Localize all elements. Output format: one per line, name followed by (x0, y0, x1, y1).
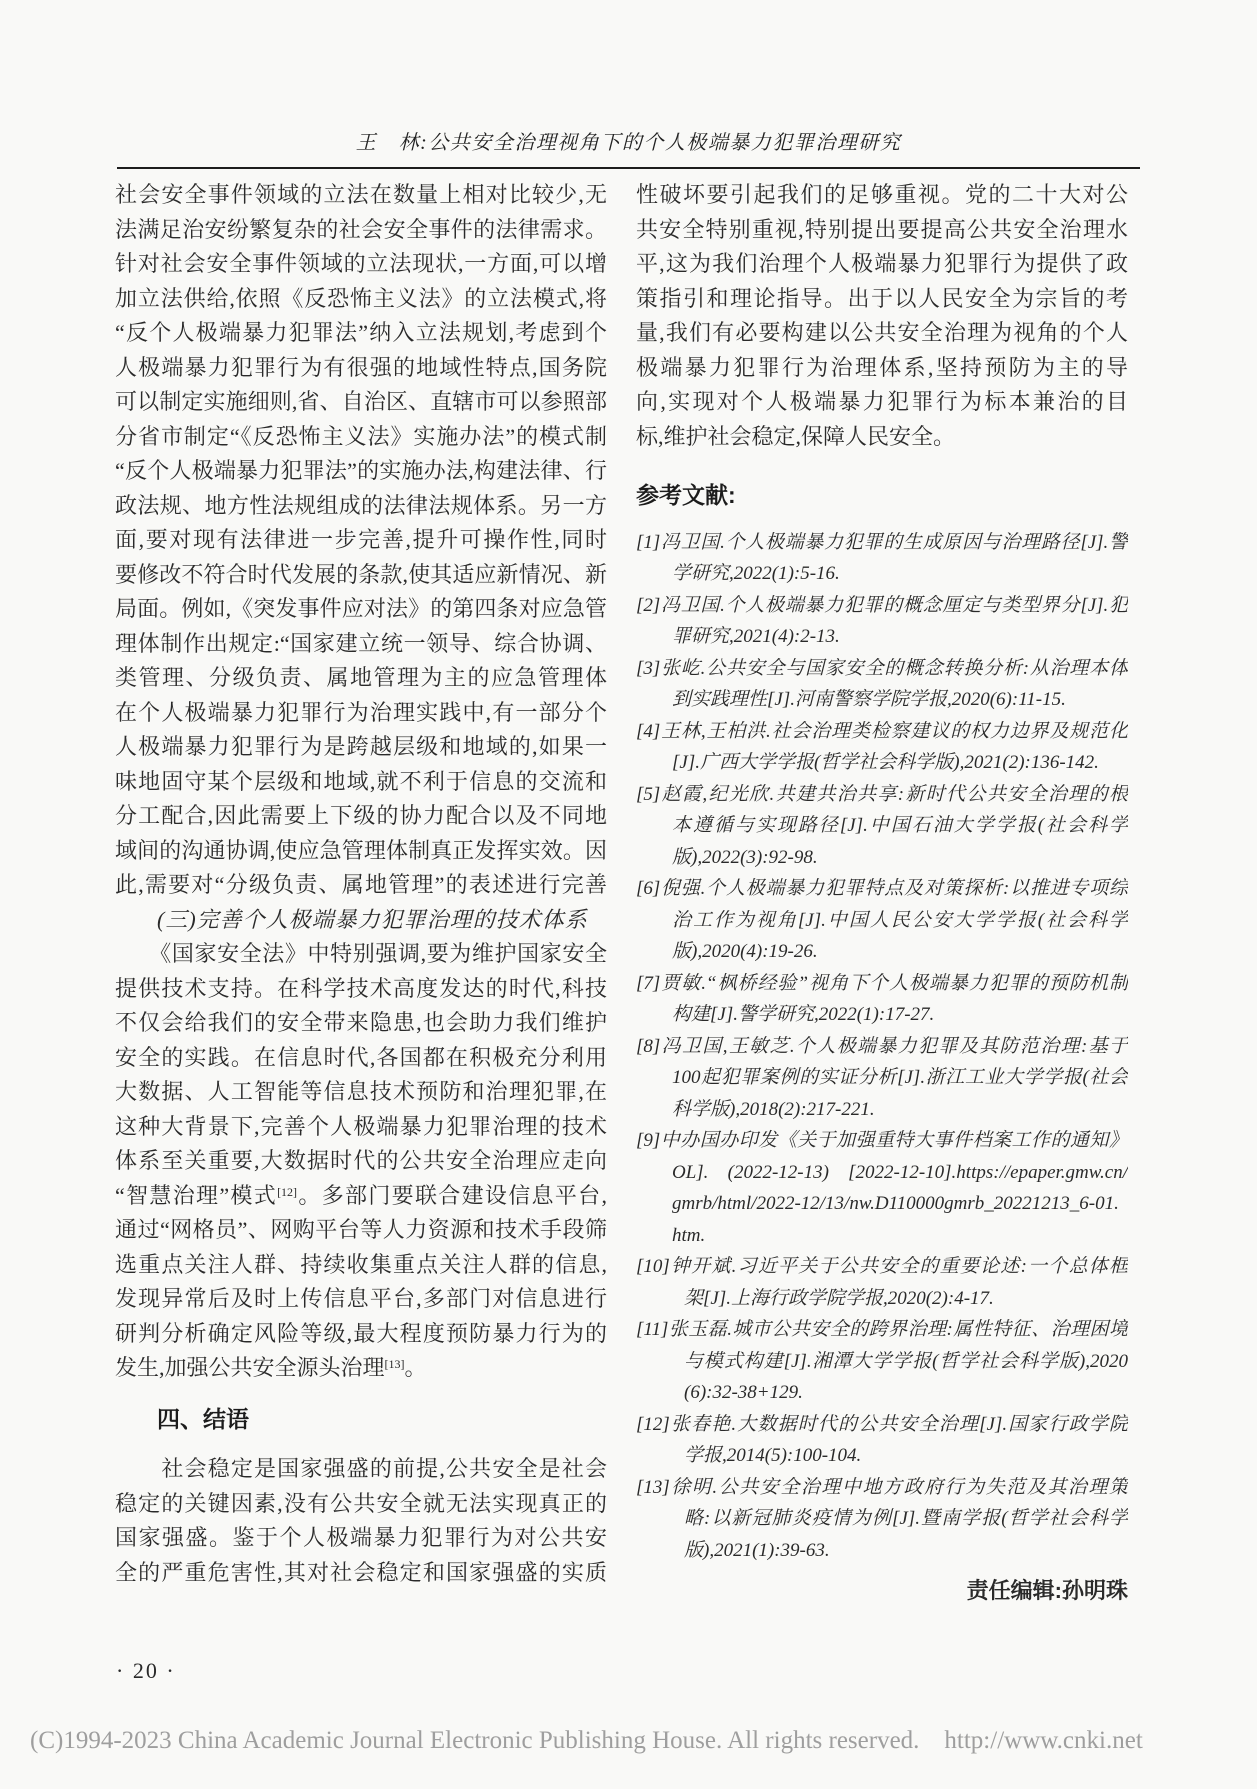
text-line: 量,我们有必要构建以公共安全治理为视角的个人 (636, 316, 1128, 351)
text-line: 这种大背景下,完善个人极端暴力犯罪治理的技术 (115, 1110, 607, 1145)
reference-line: [6]倪强.个人极端暴力犯罪特点及对策探析:以推进专项综 (636, 873, 1128, 905)
reference-item: [13]徐明.公共安全治理中地方政府行为失范及其治理策略:以新冠肺炎疫情为例[J… (636, 1472, 1128, 1567)
text-line: 分省市制定“《反恐怖主义法》实施办法”的模式制定 (115, 420, 607, 455)
references-heading: 参考文献: (636, 478, 1128, 513)
text-line: 发生,加强公共安全源头治理[13]。 (115, 1351, 607, 1386)
text-line: 大数据、人工智能等信息技术预防和治理犯罪,在 (115, 1075, 607, 1110)
text-line: “反个人极端暴力犯罪法”的实施办法,构建法律、行 (115, 454, 607, 489)
reference-line: 略:以新冠肺炎疫情为例[J].暨南学报(哲学社会科学 (636, 1503, 1128, 1535)
editor-note: 责任编辑:孙明珠 (636, 1576, 1128, 1606)
reference-line: [5]赵霞,纪光欣.共建共治共享:新时代公共安全治理的根 (636, 779, 1128, 811)
reference-item: [2]冯卫国.个人极端暴力犯罪的概念厘定与类型界分[J].犯罪研究,2021(4… (636, 590, 1128, 653)
text-line: 味地固守某个层级和地域,就不利于信息的交流和 (115, 765, 607, 800)
reference-line: 构建[J].警学研究,2022(1):17-27. (636, 999, 1128, 1031)
text-line: 通过“网格员”、网购平台等人力资源和技术手段筛 (115, 1213, 607, 1248)
reference-line: [J].广西大学学报(哲学社会科学版),2021(2):136-142. (636, 747, 1128, 779)
reference-line: [1]冯卫国.个人极端暴力犯罪的生成原因与治理路径[J].警 (636, 527, 1128, 559)
text-line: 国家强盛。鉴于个人极端暴力犯罪行为对公共安 (115, 1521, 607, 1556)
reference-item: [10]钟开斌.习近平关于公共安全的重要论述:一个总体框架[J].上海行政学院学… (636, 1251, 1128, 1314)
reference-line: [3]张屹.公共安全与国家安全的概念转换分析:从治理本体 (636, 653, 1128, 685)
reference-line: 版),2021(1):39-63. (636, 1535, 1128, 1567)
reference-line: [8]冯卫国,王敏芝.个人极端暴力犯罪及其防范治理:基于 (636, 1031, 1128, 1063)
text-line: 策指引和理论指导。出于以人民安全为宗旨的考 (636, 282, 1128, 317)
text-line: 全的严重危害性,其对社会稳定和国家强盛的实质 (115, 1556, 607, 1591)
page-container: 王 林:公共安全治理视角下的个人极端暴力犯罪治理研究 社会安全事件领域的立法在数… (0, 0, 1257, 1789)
text-line: 此,需要对“分级负责、属地管理”的表述进行完善[11]。 (115, 868, 607, 903)
text-line: 局面。例如,《突发事件应对法》的第四条对应急管 (115, 592, 607, 627)
reference-line: 与模式构建[J].湘潭大学学报(哲学社会科学版),2020 (636, 1346, 1128, 1378)
text-line: 不仅会给我们的安全带来隐患,也会助力我们维护 (115, 1006, 607, 1041)
reference-line: 科学版),2018(2):217-221. (636, 1094, 1128, 1126)
page-number: · 20 · (116, 1658, 176, 1684)
text-line: 政法规、地方性法规组成的法律法规体系。另一方 (115, 489, 607, 524)
text-line: “反个人极端暴力犯罪法”纳入立法规划,考虑到个 (115, 316, 607, 351)
text-line: 加立法供给,依照《反恐怖主义法》的立法模式,将 (115, 282, 607, 317)
reference-line: 学研究,2022(1):5-16. (636, 558, 1128, 590)
text-line: 共安全特别重视,特别提出要提高公共安全治理水 (636, 213, 1128, 248)
reference-line: 到实践理性[J].河南警察学院学报,2020(6):11-15. (636, 684, 1128, 716)
text-line: 发现异常后及时上传信息平台,多部门对信息进行 (115, 1282, 607, 1317)
reference-item: [1]冯卫国.个人极端暴力犯罪的生成原因与治理路径[J].警学研究,2022(1… (636, 527, 1128, 590)
reference-line: [12]张春艳.大数据时代的公共安全治理[J].国家行政学院 (636, 1409, 1128, 1441)
reference-item: [11]张玉磊.城市公共安全的跨界治理:属性特征、治理困境与模式构建[J].湘潭… (636, 1314, 1128, 1409)
text-line: 向,实现对个人极端暴力犯罪行为标本兼治的目 (636, 385, 1128, 420)
text-line: 标,维护社会稳定,保障人民安全。 (636, 420, 1128, 455)
text-line: 理体制作出规定:“国家建立统一领导、综合协调、分 (115, 627, 607, 662)
text-line: 安全的实践。在信息时代,各国都在积极充分利用 (115, 1041, 607, 1076)
header-rule (117, 167, 1140, 169)
reference-line: [11]张玉磊.城市公共安全的跨界治理:属性特征、治理困境 (636, 1314, 1128, 1346)
text-line: 性破坏要引起我们的足够重视。党的二十大对公 (636, 178, 1128, 213)
reference-line: [4]王林,王柏洪.社会治理类检察建议的权力边界及规范化 (636, 716, 1128, 748)
reference-line: [2]冯卫国.个人极端暴力犯罪的概念厘定与类型界分[J].犯 (636, 590, 1128, 622)
text-line: 类管理、分级负责、属地管理为主的应急管理体制。” (115, 661, 607, 696)
reference-line: 版),2022(3):92-98. (636, 842, 1128, 874)
text-line: 提供技术支持。在科学技术高度发达的时代,科技 (115, 972, 607, 1007)
text-line: 平,这为我们治理个人极端暴力犯罪行为提供了政 (636, 247, 1128, 282)
copyright-footer: (C)1994-2023 China Academic Journal Elec… (30, 1727, 1240, 1755)
reference-line: 本遵循与实现路径[J].中国石油大学学报(社会科学 (636, 810, 1128, 842)
text-line: 选重点关注人群、持续收集重点关注人群的信息, (115, 1248, 607, 1283)
subsection-heading: (三)完善个人极端暴力犯罪治理的技术体系 (115, 903, 607, 938)
reference-item: [4]王林,王柏洪.社会治理类检察建议的权力边界及规范化[J].广西大学学报(哲… (636, 716, 1128, 779)
reference-line: OL]. (2022-12-13) [2022-12-10].https://e… (636, 1157, 1128, 1189)
reference-line: 架[J].上海行政学院学报,2020(2):4-17. (636, 1283, 1128, 1315)
text-line: 可以制定实施细则,省、自治区、直辖市可以参照部 (115, 385, 607, 420)
journal-header-title: 王 林:公共安全治理视角下的个人极端暴力犯罪治理研究 (117, 126, 1140, 155)
reference-item: [8]冯卫国,王敏芝.个人极端暴力犯罪及其防范治理:基于100起犯罪案例的实证分… (636, 1031, 1128, 1126)
text-line: 要修改不符合时代发展的条款,使其适应新情况、新 (115, 558, 607, 593)
reference-item: [5]赵霞,纪光欣.共建共治共享:新时代公共安全治理的根本遵循与实现路径[J].… (636, 779, 1128, 874)
text-line: “智慧治理”模式[12]。多部门要联合建设信息平台, (115, 1179, 607, 1214)
section-heading: 四、结语 (115, 1402, 607, 1437)
reference-item: [6]倪强.个人极端暴力犯罪特点及对策探析:以推进专项综治工作为视角[J].中国… (636, 873, 1128, 968)
reference-line: [13]徐明.公共安全治理中地方政府行为失范及其治理策 (636, 1472, 1128, 1504)
reference-line: 学报,2014(5):100-104. (636, 1440, 1128, 1472)
text-line: 域间的沟通协调,使应急管理体制真正发挥实效。因 (115, 834, 607, 869)
text-line: 极端暴力犯罪行为治理体系,坚持预防为主的导 (636, 351, 1128, 386)
reference-line: 治工作为视角[J].中国人民公安大学学报(社会科学 (636, 905, 1128, 937)
text-line: 社会安全事件领域的立法在数量上相对比较少,无 (115, 178, 607, 213)
text-line: 法满足治安纷繁复杂的社会安全事件的法律需求。 (115, 213, 607, 248)
reference-line: [9]中办国办印发《关于加强重特大事件档案工作的通知》[EB/ (636, 1125, 1128, 1157)
reference-line: htm. (636, 1220, 1128, 1252)
right-column: 性破坏要引起我们的足够重视。党的二十大对公共安全特别重视,特别提出要提高公共安全… (636, 178, 1128, 1606)
text-line: 社会稳定是国家强盛的前提,公共安全是社会 (115, 1452, 607, 1487)
text-line: 体系至关重要,大数据时代的公共安全治理应走向 (115, 1144, 607, 1179)
text-line: 人极端暴力犯罪行为有很强的地域性特点,国务院 (115, 351, 607, 386)
text-line: 《国家安全法》中特别强调,要为维护国家安全 (115, 937, 607, 972)
reference-line: [7]贾敏.“枫桥经验”视角下个人极端暴力犯罪的预防机制 (636, 968, 1128, 1000)
reference-line: [10]钟开斌.习近平关于公共安全的重要论述:一个总体框 (636, 1251, 1128, 1283)
reference-item: [12]张春艳.大数据时代的公共安全治理[J].国家行政学院学报,2014(5)… (636, 1409, 1128, 1472)
text-line: 稳定的关键因素,没有公共安全就无法实现真正的 (115, 1487, 607, 1522)
text-line: 在个人极端暴力犯罪行为治理实践中,有一部分个 (115, 696, 607, 731)
reference-line: 罪研究,2021(4):2-13. (636, 621, 1128, 653)
text-line: 针对社会安全事件领域的立法现状,一方面,可以增 (115, 247, 607, 282)
reference-line: 版),2020(4):19-26. (636, 936, 1128, 968)
text-line: 分工配合,因此需要上下级的协力配合以及不同地 (115, 799, 607, 834)
text-line: 面,要对现有法律进一步完善,提升可操作性,同时 (115, 523, 607, 558)
text-line: 研判分析确定风险等级,最大程度预防暴力行为的 (115, 1317, 607, 1352)
reference-line: gmrb/html/2022-12/13/nw.D110000gmrb_2022… (636, 1188, 1128, 1220)
reference-line: 100起犯罪案例的实证分析[J].浙江工业大学学报(社会 (636, 1062, 1128, 1094)
references-list: [1]冯卫国.个人极端暴力犯罪的生成原因与治理路径[J].警学研究,2022(1… (636, 527, 1128, 1567)
reference-item: [9]中办国办印发《关于加强重特大事件档案工作的通知》[EB/OL]. (202… (636, 1125, 1128, 1251)
reference-item: [7]贾敏.“枫桥经验”视角下个人极端暴力犯罪的预防机制构建[J].警学研究,2… (636, 968, 1128, 1031)
text-line: 人极端暴力犯罪行为是跨越层级和地域的,如果一 (115, 730, 607, 765)
left-column: 社会安全事件领域的立法在数量上相对比较少,无法满足治安纷繁复杂的社会安全事件的法… (115, 178, 607, 1590)
reference-line: (6):32-38+129. (636, 1377, 1128, 1409)
reference-item: [3]张屹.公共安全与国家安全的概念转换分析:从治理本体到实践理性[J].河南警… (636, 653, 1128, 716)
